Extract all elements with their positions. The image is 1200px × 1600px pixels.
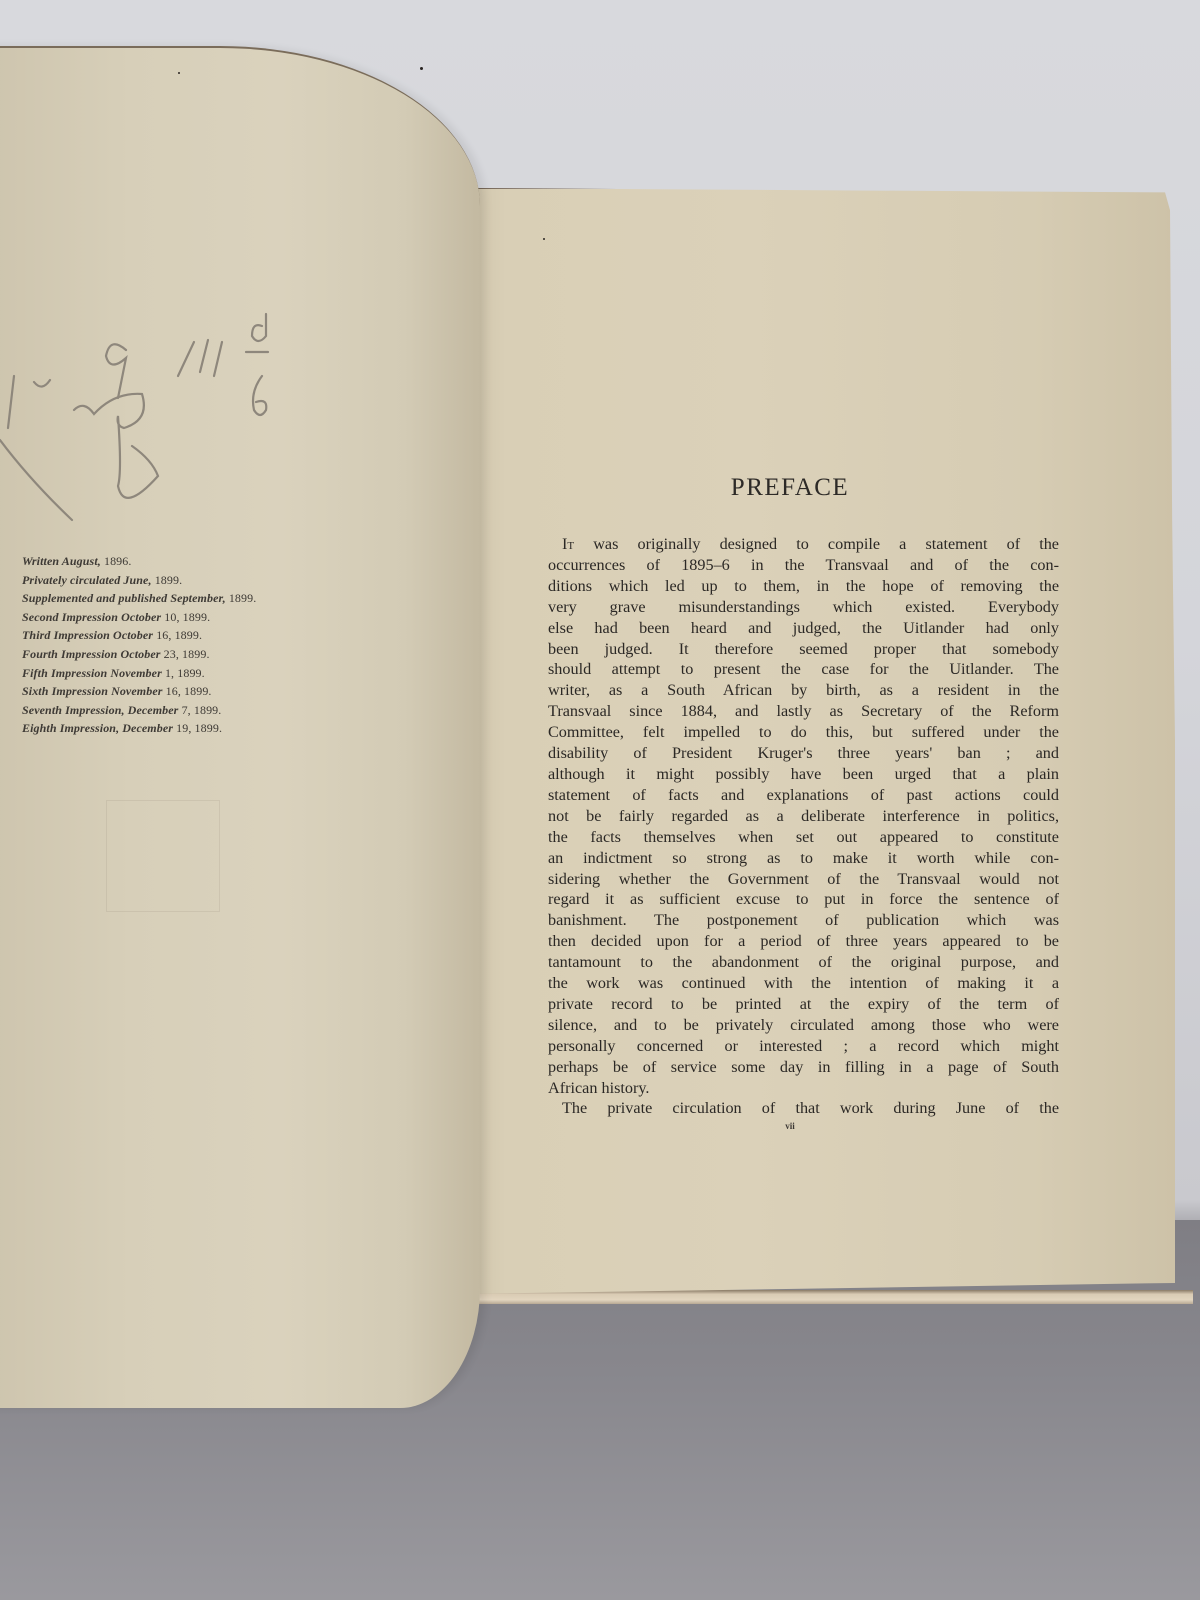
dust-speck	[178, 72, 180, 74]
text-line: writer, as a South African by birth, as …	[548, 680, 1059, 701]
first-line-rest: was originally designed to compile a sta…	[574, 535, 1059, 553]
printing-history: Written August, 1896. Privately circulat…	[22, 552, 352, 738]
page-title: PREFACE	[520, 474, 1060, 502]
text-line: perhaps be of service some day in fillin…	[548, 1057, 1059, 1078]
text-line: an indictment so strong as to make it wo…	[548, 848, 1059, 869]
preface-body: It was originally designed to compile a …	[548, 534, 1059, 1119]
history-line: Eighth Impression, December 19, 1899.	[22, 719, 352, 738]
text-line: private record to be printed at the expi…	[548, 994, 1059, 1015]
text-line: disability of President Kruger's three y…	[548, 743, 1059, 764]
text-line: the work was continued with the intentio…	[548, 973, 1059, 994]
history-line: Seventh Impression, December 7, 1899.	[22, 701, 352, 720]
page-number: vii	[770, 1121, 810, 1131]
history-line: Fourth Impression October 23, 1899.	[22, 645, 352, 664]
history-line: Privately circulated June, 1899.	[22, 571, 352, 590]
history-line: Fifth Impression November 1, 1899.	[22, 664, 352, 683]
text-line: The private circulation of that work dur…	[548, 1098, 1059, 1119]
pencil-inscription	[0, 280, 300, 540]
text-line: been judged. It therefore seemed proper …	[548, 639, 1059, 660]
history-line: Written August, 1896.	[22, 552, 352, 571]
text-line: although it might possibly have been urg…	[548, 764, 1059, 785]
text-line: regard it as sufficient excuse to put in…	[548, 889, 1059, 910]
drop-word: It	[562, 535, 574, 553]
text-line: not be fairly regarded as a deliberate i…	[548, 806, 1059, 827]
text-line: should attempt to present the case for t…	[548, 659, 1059, 680]
text-line: occurrences of 1895–6 in the Transvaal a…	[548, 555, 1059, 576]
text-line: It was originally designed to compile a …	[548, 534, 1059, 555]
text-line: the facts themselves when set out appear…	[548, 827, 1059, 848]
text-line: else had been heard and judged, the Uitl…	[548, 618, 1059, 639]
text-line: statement of facts and explanations of p…	[548, 785, 1059, 806]
text-line: Committee, felt impelled to do this, but…	[548, 722, 1059, 743]
dust-speck	[420, 67, 423, 70]
handwriting-icon	[0, 280, 300, 540]
text-line: sidering whether the Government of the T…	[548, 869, 1059, 890]
text-line: African history.	[548, 1078, 1059, 1099]
text-line: banishment. The postponement of publicat…	[548, 910, 1059, 931]
history-line: Third Impression October 16, 1899.	[22, 626, 352, 645]
text-line: very grave misunderstandings which exist…	[548, 597, 1059, 618]
text-line: then decided upon for a period of three …	[548, 931, 1059, 952]
history-line: Supplemented and published September, 18…	[22, 589, 352, 608]
text-line: personally concerned or interested ; a r…	[548, 1036, 1059, 1057]
text-line: Transvaal since 1884, and lastly as Secr…	[548, 701, 1059, 722]
text-line: tantamount to the abandonment of the ori…	[548, 952, 1059, 973]
history-line: Second Impression October 10, 1899.	[22, 608, 352, 627]
text-line: silence, and to be privately circulated …	[548, 1015, 1059, 1036]
faint-stamp-offset	[106, 800, 220, 912]
text-line: ditions which led up to them, in the hop…	[548, 576, 1059, 597]
history-line: Sixth Impression November 16, 1899.	[22, 682, 352, 701]
dust-speck	[543, 238, 545, 240]
